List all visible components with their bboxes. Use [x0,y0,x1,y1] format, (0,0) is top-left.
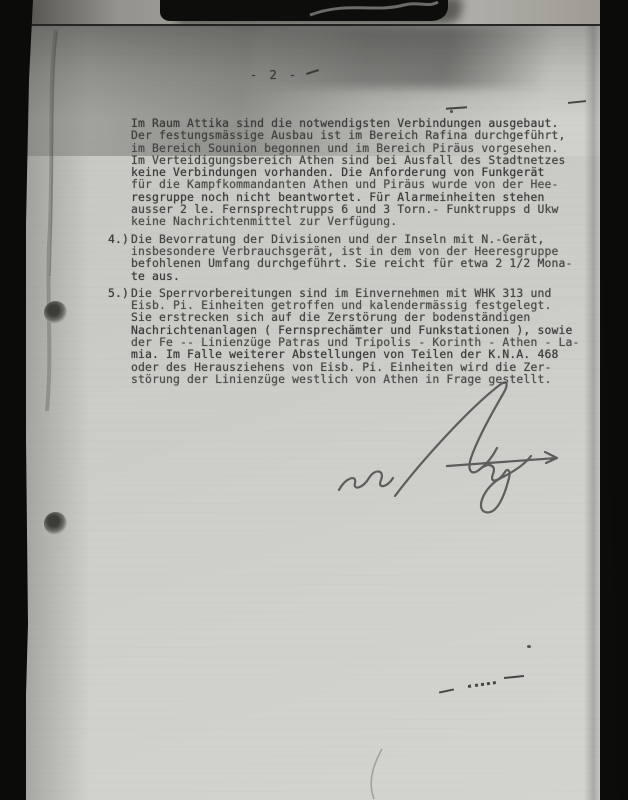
ink-scribble [504,675,524,679]
text-line: Sie erstrecken sich auf die Zerstörung d… [131,311,594,323]
paragraph-item-4: 4.) Die Bevorratung der Divisionen und d… [108,233,594,282]
ink-dot [450,110,453,113]
binder-clip-shadow [160,0,448,21]
right-black-border [596,0,628,800]
ink-speck [306,69,319,75]
item-number: 5.) [108,287,129,299]
text-line: störung der Linienzüge westlich von Athe… [131,373,594,385]
typed-text-block: Im Raum Attika sind die notwendigsten Ve… [108,117,594,390]
scanned-document-photo: - 2 - Im Raum Attika sind die notwendigs… [0,0,628,800]
document-page: - 2 - Im Raum Attika sind die notwendigs… [26,26,600,800]
page-number: - 2 - [250,68,299,82]
clip-highlight [160,0,448,21]
ink-scribble [439,688,454,693]
text-line: für die Kampfkommandanten Athen und Pirä… [131,178,594,190]
handwritten-dash [446,106,467,109]
text-line: Der festungsmässige Ausbau ist im Bereic… [131,129,594,141]
pencil-curve [356,741,416,800]
text-line: te aus. [131,270,594,282]
text-line: Im Verteidigungsbereich Athen sind bei A… [131,154,594,166]
text-line: mia. Im Falle weiterer Abstellungen von … [131,348,594,360]
text-line: keine Nachrichtenmittel zur Verfügung. [131,215,594,227]
text-line: befohlenen Umfang durchgeführt. Sie reic… [131,257,594,269]
paragraph-item-5: 5.) Die Sperrvorbereitungen sind im Einv… [108,287,594,385]
ink-scribble [468,681,496,688]
paper-crease [32,26,82,416]
signature-scrawl [329,378,569,528]
paragraph-intro: Im Raum Attika sind die notwendigsten Ve… [108,117,594,228]
punch-hole-top [44,301,67,324]
left-edge-shadow [26,26,90,800]
scanner-bed-strip [26,0,600,26]
punch-hole-bottom [44,512,67,535]
item-number: 4.) [108,233,129,245]
text-line: der Fe -- Linienzüge Patras und Tripolis… [131,336,594,348]
ink-dot [527,645,531,648]
handwritten-dash [568,100,586,104]
clip-cast-shadow [266,26,596,88]
